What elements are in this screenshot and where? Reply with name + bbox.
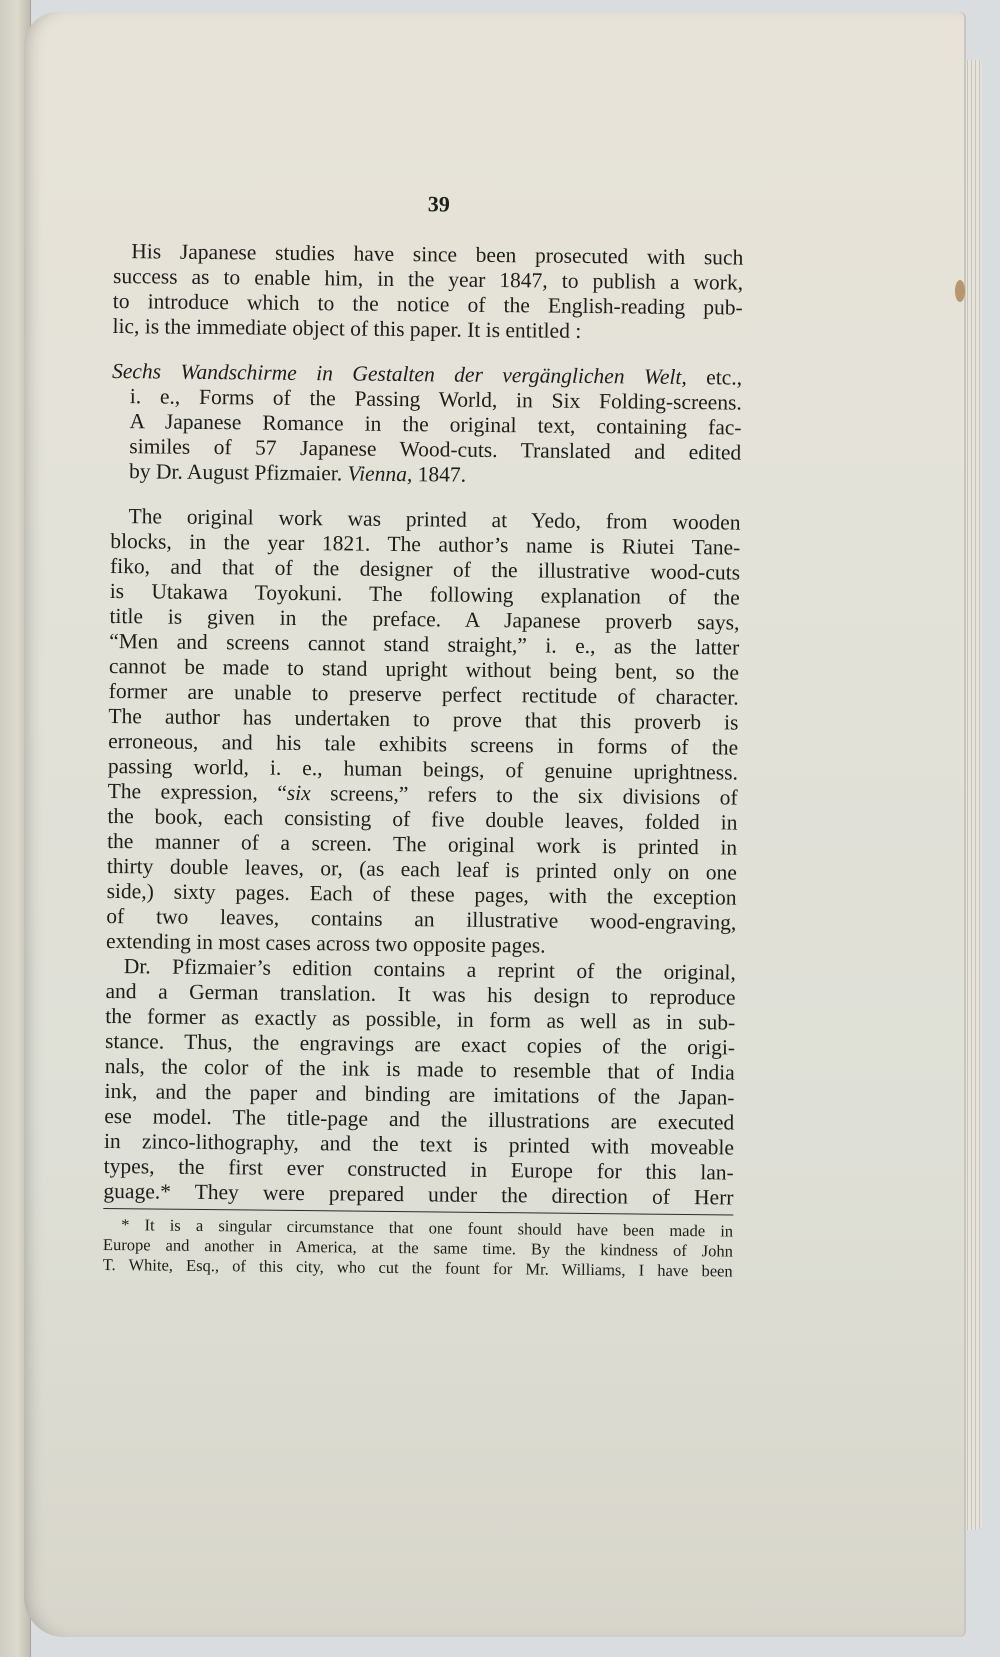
paragraph-original-work: The original work was printed at Yedo, f… (106, 504, 741, 961)
citation-place: Vienna, (347, 461, 412, 486)
text-line: guage.* They were prepared under the dir… (103, 1179, 733, 1211)
expression-prefix: The expression, “ (108, 779, 287, 805)
citation-author: by Dr. August Pfizmaier. (129, 459, 348, 485)
citation-year: 1847. (412, 462, 466, 487)
footnote: * It is a singular circumstance that one… (103, 1215, 734, 1282)
paper-stain (955, 280, 965, 302)
expression-italic-six: six (287, 781, 311, 805)
paragraph-pfizmaier-edition: Dr. Pfizmaier’s edition contains a repri… (103, 954, 736, 1211)
page-content: 39 His Japanese studies have since been … (103, 188, 744, 1282)
expression-suffix: screens,” refers to the six divisions of (311, 781, 738, 809)
book-citation: Sechs Wandschirme in Gestalten der vergä… (111, 359, 742, 491)
citation-etc: etc., (687, 365, 743, 390)
paragraph-intro: His Japanese studies have since been pro… (112, 239, 743, 346)
page-number: 39 (134, 188, 744, 219)
